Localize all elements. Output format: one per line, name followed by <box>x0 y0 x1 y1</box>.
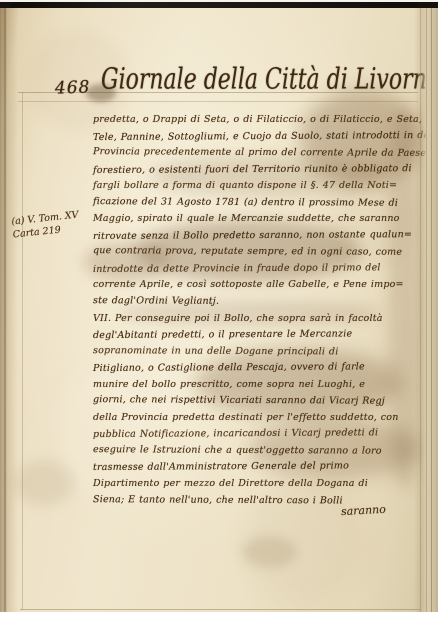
page-edge-crease <box>431 8 432 612</box>
margin-note: (a) V. Tom. XV Carta 219 <box>11 209 81 242</box>
page-edge-crease <box>420 8 421 612</box>
manuscript-line: fargli bollare a forma di quanto dispone… <box>93 178 429 195</box>
manuscript-line: Maggio, spirato il quale le Mercanzie su… <box>93 211 429 228</box>
manuscript-line: Tele, Pannine, Sottogliumi, e Cuojo da S… <box>93 128 429 147</box>
manuscript-line: giorni, che nei rispettivi Vicariati sar… <box>93 392 429 410</box>
paper-spot <box>242 536 297 568</box>
manuscript-text-block: predetta, o Drappi di Seta, o di Filatic… <box>93 112 429 509</box>
page-title: Giornale della Città di Livorno <box>101 64 431 97</box>
manuscript-page: 468 Giornale della Città di Livorno (a) … <box>0 8 438 612</box>
manuscript-line: introdotte da dette Provincie in fraude … <box>93 260 429 279</box>
manuscript-line: ste dagl'Ordini Vegliantj. <box>93 293 429 311</box>
manuscript-line: predetta, o Drappi di Seta, o di Filatic… <box>93 112 429 129</box>
folio-number: 468 <box>55 77 91 98</box>
manuscript-line: forestiero, o esistenti fuori del Territ… <box>93 161 429 180</box>
page-fore-edge <box>414 8 438 612</box>
page-gutter <box>0 8 18 612</box>
photo-margin-bottom <box>0 612 438 620</box>
ruled-line-bottom <box>20 609 420 610</box>
ruled-line-left-margin <box>22 92 23 610</box>
gutter-crease <box>4 8 6 612</box>
page-edge-crease <box>426 8 427 612</box>
manuscript-line: corrente Aprile, e così sottoposte alle … <box>93 277 429 294</box>
manuscript-line: que contraria prova, reputate sempre, ed… <box>93 243 429 261</box>
ruled-line-top-2 <box>18 101 418 102</box>
manuscript-line: Provincia precedentemente al primo del c… <box>93 144 429 162</box>
manuscript-line: degl'Abitanti predetti, o il presentare … <box>93 326 429 345</box>
manuscript-photo: 468 Giornale della Città di Livorno (a) … <box>0 0 438 620</box>
manuscript-line: munire del bollo prescritto, come sopra … <box>93 377 429 394</box>
catchword: saranno <box>341 503 386 518</box>
manuscript-line: VII. Per conseguire poi il Bollo, che so… <box>93 311 429 328</box>
manuscript-line: Pitigliano, o Castiglione della Pescaja,… <box>93 359 429 378</box>
manuscript-line: pubblica Notificazione, incaricandosi i … <box>93 425 429 444</box>
manuscript-line: Dipartimento per mezzo del Direttore del… <box>93 476 429 493</box>
manuscript-line: della Provincia predetta destinati per l… <box>93 410 429 427</box>
manuscript-line: trasmesse dall'Amministratore Generale d… <box>93 458 429 477</box>
manuscript-line: ficazione del 31 Agosto 1781 (a) dentro … <box>93 194 429 212</box>
paper-spot <box>14 460 74 506</box>
